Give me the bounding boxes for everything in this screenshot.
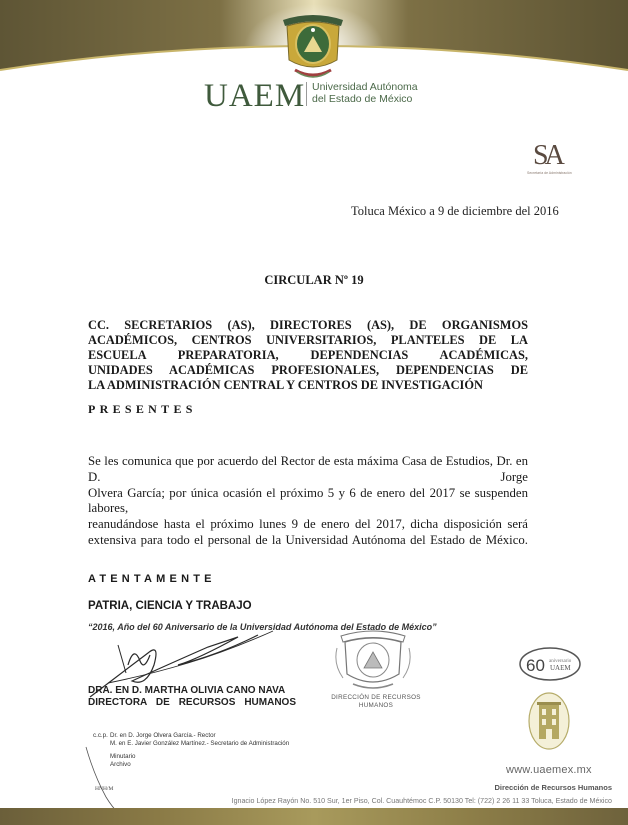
seal-caption: DIRECCIÓN DE RECURSOS HUMANOS: [316, 694, 436, 710]
institution-name: Universidad Autónoma del Estado de Méxic…: [312, 81, 418, 105]
file-line: Minutario: [110, 753, 289, 761]
footer-address: Ignacio López Rayón No. 510 Sur, 1er Pis…: [232, 797, 612, 805]
svg-text:60: 60: [526, 656, 545, 675]
closing: ATENTAMENTE: [88, 573, 216, 585]
body-line: extensiva para todo el personal de la Un…: [88, 533, 528, 549]
addressee-line: UNIDADES ACADÉMICAS PROFESIONALES, DEPEN…: [88, 363, 528, 378]
ccp-recipient: Dr. en D. Jorge Olvera García.- Rector: [110, 732, 289, 740]
university-crest-icon: [273, 8, 353, 86]
document-title: CIRCULAR Nº 19: [0, 273, 628, 288]
svg-text:UAEM: UAEM: [550, 664, 571, 672]
addressee-line: ACADÉMICOS, CENTROS UNIVERSITARIOS, PLAN…: [88, 333, 528, 348]
institution-name-line1: Universidad Autónoma: [312, 81, 418, 93]
addressee-line: CC. SECRETARIOS (AS), DIRECTORES (AS), D…: [88, 318, 528, 333]
secretariat-caption: Secretaría de Administración: [527, 171, 587, 175]
body-line: Olvera García; por única ocasión el próx…: [88, 486, 528, 518]
signer-name: DRA. EN D. MARTHA OLIVIA CANO NAVA: [88, 685, 285, 696]
salutation: PRESENTES: [88, 402, 197, 417]
place-date: Toluca México a 9 de diciembre del 2016: [351, 204, 559, 219]
seal-caption-line2: HUMANOS: [316, 702, 436, 710]
secretariat-logo: SA Secretaría de Administración: [527, 140, 577, 180]
file-line: Archivo: [110, 761, 289, 769]
ccp-recipient: M. en E. Javier González Martínez.- Secr…: [110, 740, 289, 748]
addressees-block: CC. SECRETARIOS (AS), DIRECTORES (AS), D…: [88, 318, 528, 393]
body-line: reanudándose hasta el próximo lunes 9 de…: [88, 517, 528, 533]
official-seal-icon: [327, 628, 419, 694]
footer-band: [0, 808, 628, 825]
website-link[interactable]: www.uaemex.mx: [506, 764, 592, 776]
addressee-line: ESCUELA PREPARATORIA, DEPENDENCIAS ACADÉ…: [88, 348, 528, 363]
body-line: Se les comunica que por acuerdo del Rect…: [88, 454, 528, 486]
institution-name-line2: del Estado de México: [312, 93, 418, 105]
anniversary-60-stamp-icon: 60 aniversario UAEM: [518, 646, 582, 682]
footer-department: Dirección de Recursos Humanos: [494, 783, 612, 792]
handwritten-stroke-icon: [84, 745, 124, 815]
seal-caption-line1: DIRECCIÓN DE RECURSOS: [316, 694, 436, 702]
secretariat-logo-mark: SA: [533, 140, 561, 172]
body-paragraph: Se les comunica que por acuerdo del Rect…: [88, 454, 528, 549]
addressee-line: LA ADMINISTRACIÓN CENTRAL Y CENTROS DE I…: [88, 378, 528, 393]
building-logo-icon: [527, 691, 571, 751]
typist-initials: HNH/M: [95, 786, 113, 792]
motto: PATRIA, CIENCIA Y TRABAJO: [88, 600, 252, 612]
logo-separator: [306, 82, 307, 106]
signer-title: DIRECTORA DE RECURSOS HUMANOS: [88, 697, 296, 708]
institution-abbreviation: UAEM: [204, 78, 305, 115]
